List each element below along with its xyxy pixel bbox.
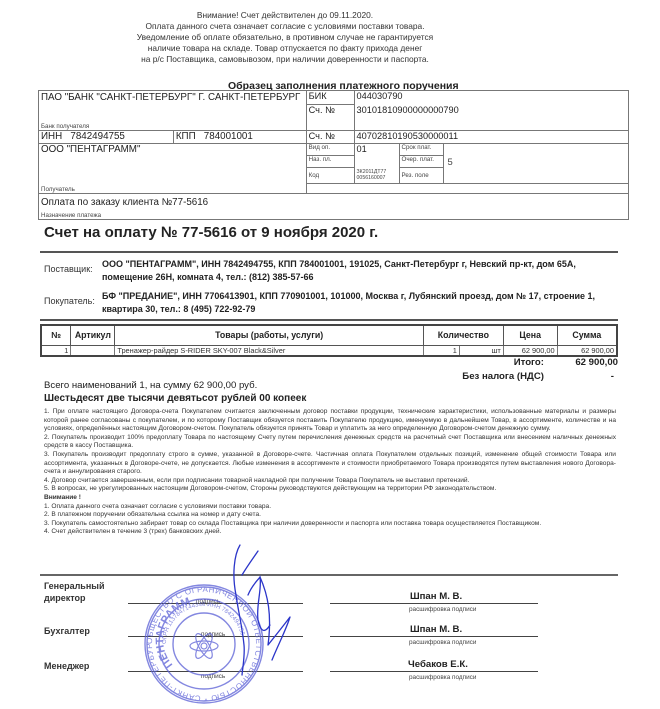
ocher-plat-label: Очер. плат. [402,156,435,163]
supplier-details: ООО "ПЕНТАГРАММ", ИНН 7842494755, КПП 78… [102,258,614,284]
col-header-price: Цена [503,325,557,345]
accountant-name: Шпан М. В. [410,624,462,635]
kod-line-2: 0056160007 [357,175,397,181]
decode-caption: расшифровка подписи [409,639,476,646]
bank-label: Банк получателя [39,119,307,131]
buyer-details: БФ "ПРЕДАНИЕ", ИНН 7706413901, КПП 77090… [102,290,614,316]
attention-item: 1. Оплата данного счета означает согласи… [44,503,616,512]
item-name: Тренажер-райдер S-RIDER SKY-007 Black&Si… [115,345,424,356]
role-accountant: Бухгалтер [44,625,90,637]
item-price: 62 900,00 [503,345,557,356]
notice-line: Внимание! Счет действителен до 09.11.202… [120,10,450,21]
bank-name: ПАО "БАНК "САНКТ-ПЕТЕРБУРГ" Г. САНКТ-ПЕТ… [39,91,307,119]
term-item: 1. При оплате настоящего Договора-счета … [44,408,616,434]
decode-line [330,671,538,672]
role-manager: Менеджер [44,660,89,672]
totals-block: Итого: 62 900,00 Без налога (НДС) - [400,357,618,385]
kod-label: Код [306,168,354,184]
item-num: 1 [41,345,71,356]
manager-name: Чебаков Е.К. [408,659,468,670]
item-qty: 1 [423,345,459,356]
buyer-label: Покупатель: [44,290,102,316]
supplier-block: Поставщик: ООО "ПЕНТАГРАММ", ИНН 7842494… [44,258,614,284]
account-label: Сч. № [306,131,354,144]
sign-caption: подпись [196,598,220,605]
handwritten-signature-icon [198,535,308,685]
terms-block: 1. При оплате настоящего Договора-счета … [44,408,616,537]
notice-line: Уведомление об оплате обязательно, в про… [120,32,450,43]
divider [40,251,618,253]
recipient-name: ООО "ПЕНТАГРАММ" [39,144,307,184]
recipient-label: Получатель [39,184,307,194]
divider [40,319,618,321]
decode-caption: расшифровка подписи [409,674,476,681]
col-header-num: № [41,325,71,345]
supplier-label: Поставщик: [44,258,102,284]
rez-pole-label: Рез. поле [399,168,444,184]
col-header-sum: Сумма [557,325,617,345]
kpp-label: КПП [176,131,196,142]
vat-label: Без налога (НДС) [462,371,544,385]
corr-account-value: 30101810900000000790 [354,105,628,131]
item-article [71,345,115,356]
inn-value: 7842494755 [70,131,125,142]
director-name: Шпан М. В. [410,591,462,602]
inn-label: ИНН [41,131,62,142]
vid-op-value: 01 [354,144,399,168]
col-header-goods: Товары (работы, услуги) [115,325,424,345]
notice-line: Оплата данного счета означает согласие с… [120,21,450,32]
item-unit: шт [459,345,503,356]
vat-row: Без налога (НДС) - [400,371,618,385]
amount-in-words: Шестьдесят две тысячи девятьсот рублей 0… [44,393,306,404]
col-header-article: Артикул [71,325,115,345]
attention-item: 4. Счет действителен в течение 3 (трех) … [44,528,616,537]
decode-line [330,636,538,637]
svg-text:ПЕНТАГРАММ: ПЕНТАГРАММ [154,596,192,671]
item-sum: 62 900,00 [557,345,617,356]
signature-line [128,671,303,672]
validity-notice: Внимание! Счет действителен до 09.11.202… [120,10,450,65]
payment-extra-cell [444,144,629,184]
items-table: № Артикул Товары (работы, услуги) Количе… [40,324,618,357]
ocher-plat-value: 5 [448,156,453,167]
naz-pl-label: Наз. пл. [306,156,354,168]
bik-label: БИК [306,91,354,105]
invoice-title: Счет на оплату № 77-5616 от 9 ноября 202… [44,224,378,241]
notice-line: наличие товара на складе. Товар отпускае… [120,43,450,54]
account-value: 40702810190530000011 [354,131,628,144]
vid-op-label: Вид оп. [306,144,354,156]
empty-cell [306,184,628,194]
attention-header: Внимание ! [44,494,616,503]
term-item: 3. Покупатель производит предоплату стро… [44,451,616,477]
corr-account-label: Сч. № [306,105,354,131]
payment-purpose: Оплата по заказу клиента №77-5616 [39,194,629,210]
items-count-summary: Всего наименований 1, на сумму 62 900,00… [44,380,257,391]
term-item: 5. В вопросах, не урегулированных настоя… [44,485,616,494]
total-label: Итого: [514,357,544,371]
sign-caption: подпись [201,673,225,680]
divider [40,574,618,576]
kod-value: ЗК2011ДТ770056160007 [354,168,399,184]
term-item: 2. Покупатель производит 100% предоплату… [44,434,616,451]
sign-caption: подпись [201,631,225,638]
kpp-value: 784001001 [204,131,253,142]
srok-plat-label: Срок плат. [399,144,444,156]
payment-purpose-label: Назначение платежа [39,210,629,220]
bik-value: 044030790 [354,91,628,105]
decode-line [330,603,538,604]
col-header-quantity: Количество [423,325,503,345]
inn-cell: ИНН 7842494755 [39,131,174,144]
kpp-cell: КПП 784001001 [173,131,306,144]
items-header-row: № Артикул Товары (работы, услуги) Количе… [41,325,617,345]
total-value: 62 900,00 [558,357,618,371]
ocher-plat-cell: Очер. плат.5 [399,156,444,168]
decode-caption: расшифровка подписи [409,606,476,613]
vat-value: - [558,371,618,385]
role-general-director: Генеральный директор [44,580,124,604]
total-row: Итого: 62 900,00 [400,357,618,371]
payment-order-table: ПАО "БАНК "САНКТ-ПЕТЕРБУРГ" Г. САНКТ-ПЕТ… [38,90,629,220]
table-row: 1 Тренажер-райдер S-RIDER SKY-007 Black&… [41,345,617,356]
buyer-block: Покупатель: БФ "ПРЕДАНИЕ", ИНН 770641390… [44,290,614,316]
attention-item: 2. В платежном поручении обязательна ссы… [44,511,616,520]
notice-line: на р/с Поставщика, самовывозом, при нали… [120,54,450,65]
